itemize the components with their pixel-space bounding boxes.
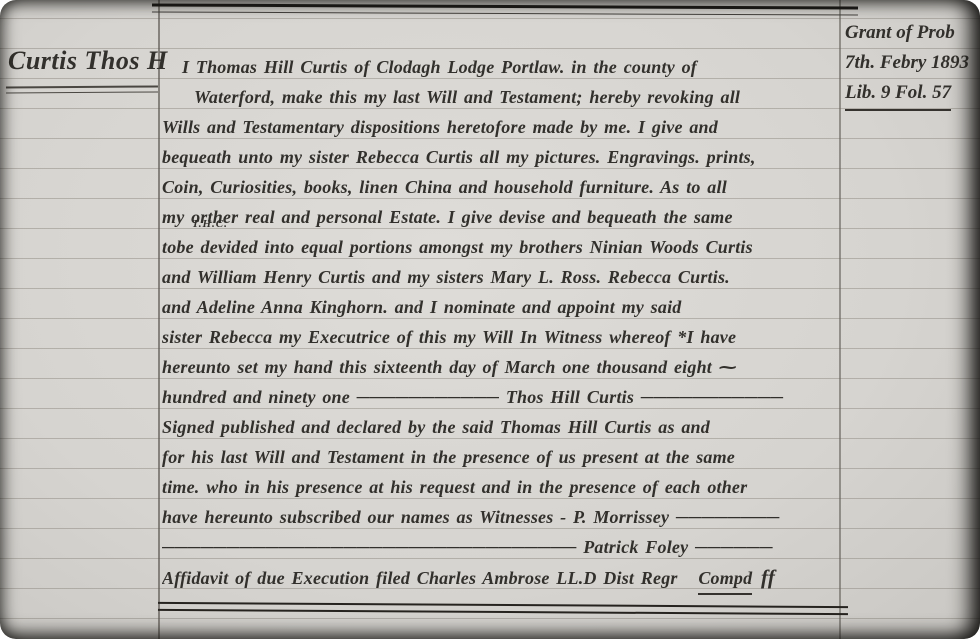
bottom-double-rule [158,602,848,615]
will-line: hereunto set my hand this sixteenth day … [162,352,838,382]
examiner-initials-flourish: ff [761,565,775,589]
right-margin-rule [839,0,841,639]
liber-folio-underlined: Lib. 9 Fol. 57 [845,78,951,111]
will-line: Wills and Testamentary dispositions here… [162,112,838,142]
top-double-rule [152,3,858,15]
will-line: Waterford, make this my last Will and Te… [162,82,838,112]
will-body-text: T.H.C. I Thomas Hill Curtis of Clodagh L… [162,52,838,597]
will-line: and William Henry Curtis and my sisters … [162,262,838,292]
will-line: my orther real and personal Estate. I gi… [162,202,838,232]
will-line: bequeath unto my sister Rebecca Curtis a… [162,142,838,172]
interlinear-initials: T.H.C. [192,218,228,230]
grant-note: Grant of Prob 7th. Febry 1893 Lib. 9 Fol… [845,18,975,108]
will-line: tobe devided into equal portions amongst… [162,232,838,262]
affidavit-text: Affidavit of due Execution filed Charles… [162,568,678,588]
will-line: I Thomas Hill Curtis of Clodagh Lodge Po… [162,52,838,82]
attestation-line: for his last Will and Testament in the p… [162,442,838,472]
will-line-signature: hundred and ninety one ─────────── Thos … [162,382,838,412]
grant-note-title: Grant of Prob [845,18,975,48]
grant-note-liber-folio: Lib. 9 Fol. 57 [845,78,975,108]
attestation-line: Signed published and declared by the sai… [162,412,838,442]
compared-note: Compd [698,563,752,595]
attestation-line: time. who in his presence at his request… [162,472,838,502]
affidavit-line: Affidavit of due Execution filed Charles… [162,562,838,592]
witness-line-morrissey: have hereunto subscribed our names as Wi… [162,502,838,532]
will-line: and Adeline Anna Kinghorn. and I nominat… [162,292,838,322]
will-line: Coin, Curiosities, books, linen China an… [162,172,838,202]
left-margin-rule [158,0,160,639]
witness-line-foley: ──────────────────────────────── Patrick… [162,532,838,562]
grant-note-date: 7th. Febry 1893 [845,48,975,78]
ledger-page-scan: Curtis Thos H Grant of Prob 7th. Febry 1… [0,0,980,639]
entry-name: Curtis Thos H [8,46,158,76]
screenshot-stage: Curtis Thos H Grant of Prob 7th. Febry 1… [0,0,980,639]
entry-name-underline [6,85,158,93]
will-line: sister Rebecca my Executrice of this my … [162,322,838,352]
